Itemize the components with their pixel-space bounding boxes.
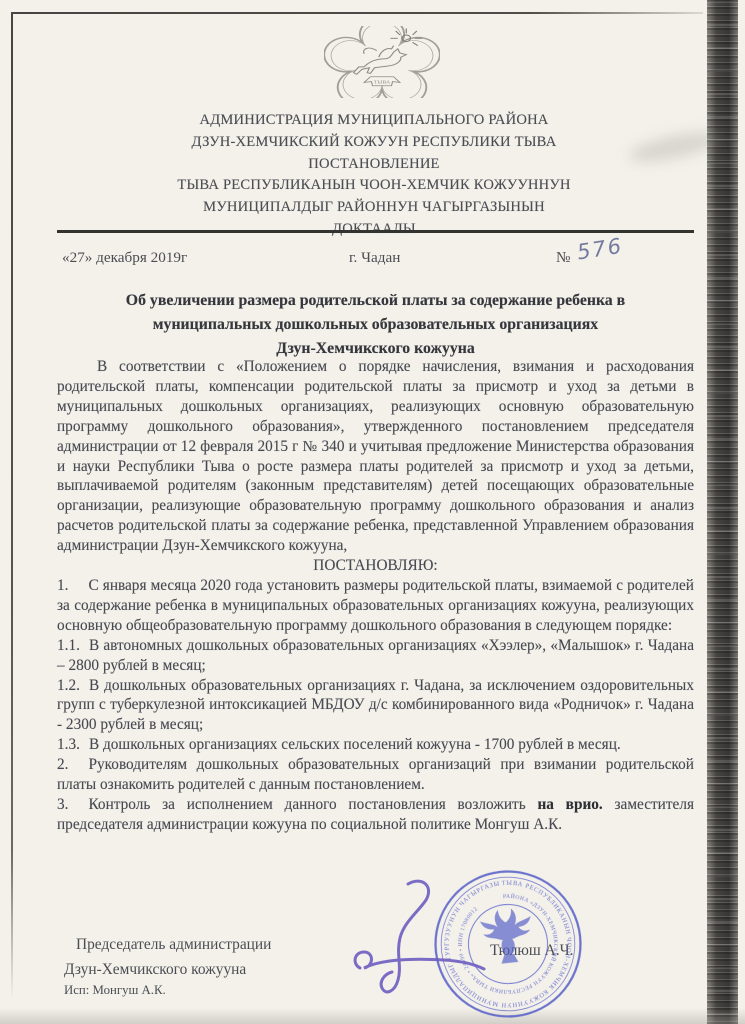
signer-post-line-2: Дзун-Хемчикского кожууна	[64, 957, 271, 982]
list-item-3: 3.Контроль за исполнением данного постан…	[57, 795, 694, 835]
list-item-1: 1.С января месяца 2020 года установить р…	[57, 576, 694, 636]
executor-note: Исп: Монгуш А.К.	[64, 982, 271, 999]
date-row: «27» декабря 2019г г. Чадан № 576	[57, 249, 694, 275]
item-text-bold: на врио.	[537, 796, 602, 813]
signer-post-line-1: Председатель администрации	[64, 932, 271, 957]
resolve-word: ПОСТАНОВЛЯЮ:	[57, 556, 694, 576]
item-text: Контроль за исполнением данного постанов…	[88, 796, 537, 813]
emblem-banner-text: ТЫВА	[374, 80, 391, 85]
item-number: 1.	[57, 576, 68, 596]
title-line-2: муниципальных дошкольных образовательных…	[57, 313, 694, 337]
horseman-icon	[354, 46, 407, 75]
letterhead-line-2: ДЗУН-ХЕМЧИКСКИЙ КОЖУУН РЕСПУБЛИКИ ТЫВА	[54, 132, 694, 154]
tyva-emblem-icon: ТЫВА	[324, 26, 440, 98]
document-number-label: №	[556, 249, 571, 267]
item-number: 1.1.	[57, 636, 80, 656]
list-item-1-2: 1.2.В дошкольных образовательных организ…	[57, 676, 694, 736]
signature-block: Председатель администрации Дзун-Хемчикск…	[64, 932, 271, 999]
item-number: 1.2.	[57, 676, 80, 696]
letterhead-line-3: ПОСТАНОВЛЕНИЕ	[54, 154, 694, 176]
scan-edge-right	[707, 0, 738, 1024]
title-line-1: Об увеличении размера родительской платы…	[57, 289, 694, 313]
item-number: 1.3.	[57, 735, 80, 755]
item-text: В автономных дошкольных образовательных …	[57, 637, 694, 674]
item-number: 3.	[57, 795, 68, 815]
letterhead-line-1: АДМИНИСТРАЦИЯ МУНИЦИПАЛЬНОГО РАЙОНА	[54, 110, 694, 132]
preamble-paragraph: В соответствии с «Положением о порядке н…	[57, 357, 694, 556]
item-text: В дошкольных образовательных организация…	[57, 677, 694, 734]
document-date: «27» декабря 2019г	[62, 249, 187, 267]
document-place: г. Чадан	[349, 249, 400, 267]
list-item-2: 2.Руководителям дошкольных образовательн…	[57, 755, 694, 795]
item-number: 2.	[57, 755, 68, 775]
list-item-1-1: 1.1.В автономных дошкольных образователь…	[57, 636, 694, 676]
item-text: С января месяца 2020 года установить раз…	[57, 577, 694, 634]
document-title: Об увеличении размера родительской платы…	[57, 289, 694, 362]
emblem-ribbon: ТЫВА	[364, 77, 400, 86]
item-text: Руководителям дошкольных образовательных…	[57, 756, 694, 793]
letterhead-line-4: ТЫВА РЕСПУБЛИКАНЫН ЧООН-ХЕМЧИК КОЖУУННУН	[54, 175, 694, 197]
letterhead: АДМИНИСТРАЦИЯ МУНИЦИПАЛЬНОГО РАЙОНА ДЗУН…	[54, 110, 694, 241]
header-rule	[57, 230, 694, 233]
list-item-1-3: 1.3.В дошкольных организациях сельских п…	[57, 735, 694, 755]
letterhead-line-5: МУНИЦИПАЛДЫГ РАЙОННУН ЧАГЫРГАЗЫНЫН	[54, 197, 694, 219]
scan-edge-left	[11, 12, 13, 1000]
handwritten-signature	[346, 874, 496, 1014]
scan-edge-top	[11, 12, 703, 14]
document-body: В соответствии с «Положением о порядке н…	[57, 357, 694, 835]
item-text: В дошкольных организациях сельских посел…	[89, 736, 621, 753]
